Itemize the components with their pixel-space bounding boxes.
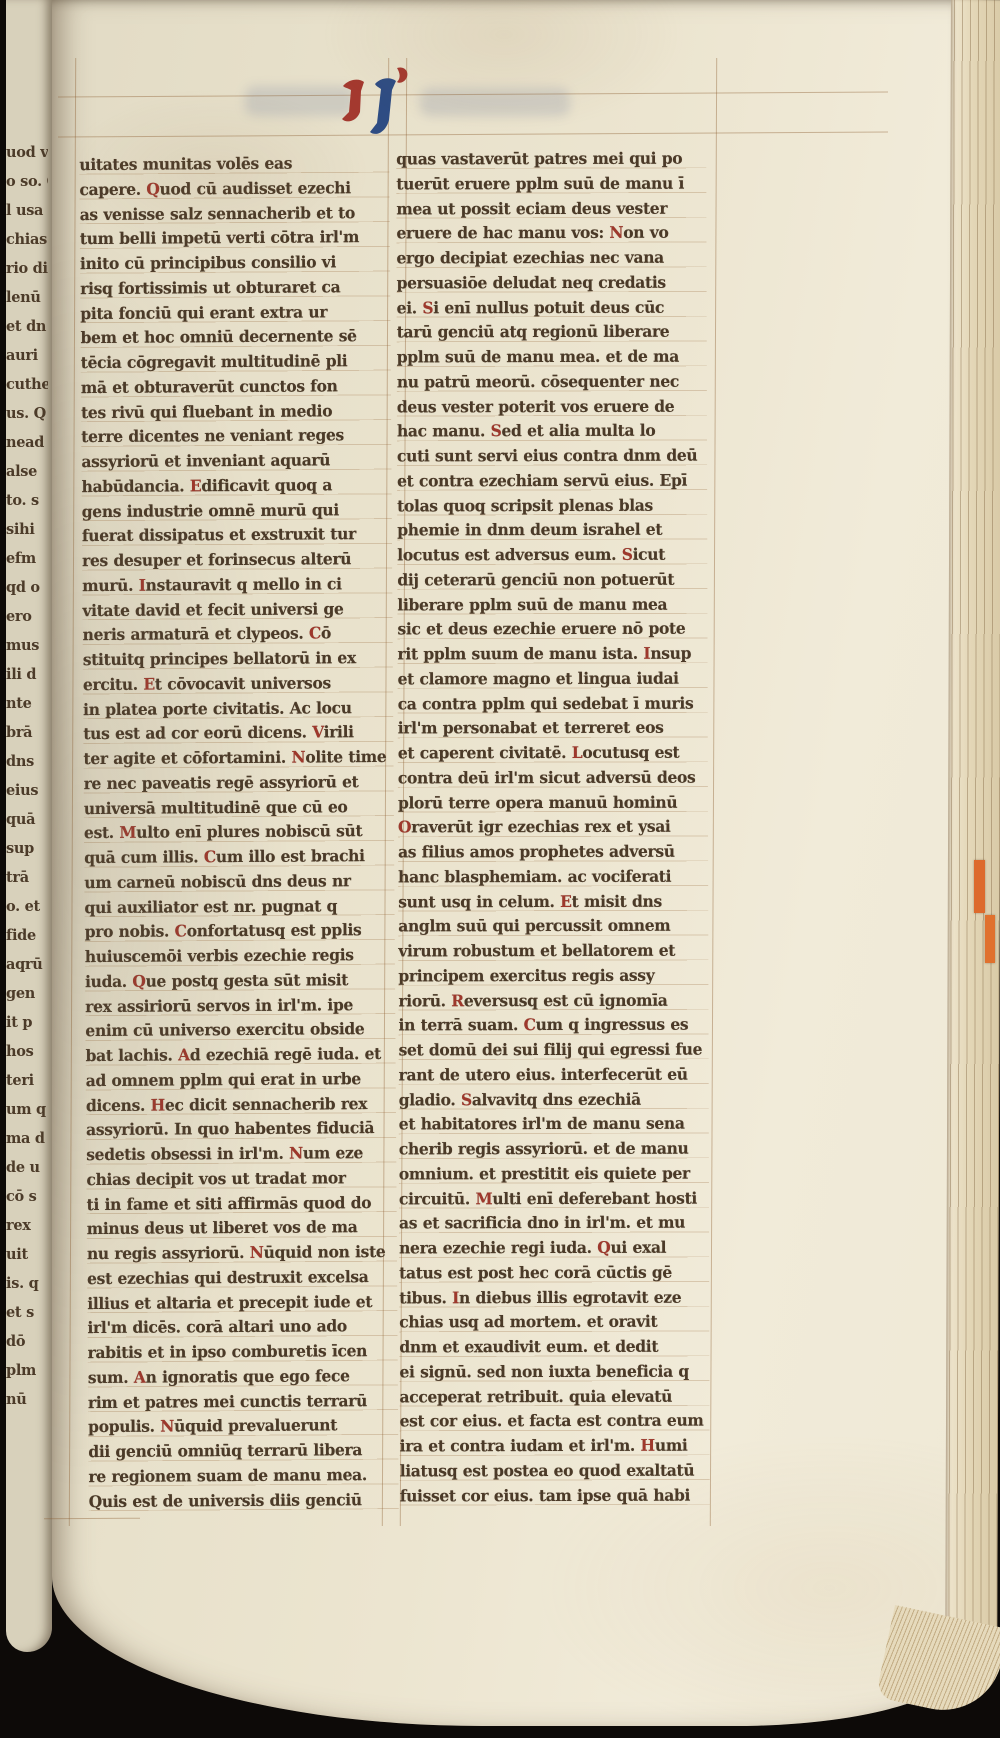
text-segment: um illo est brachi [216,846,365,866]
rubric-initial: S [461,1090,472,1109]
manuscript-text-line: omnium. et prestitit eis quiete per [399,1161,700,1187]
facing-page-edge: uod vero so. Gl usa eqchiasrio dilenūet … [6,0,52,1652]
manuscript-text-line: sic et deus ezechie eruere nō pote [397,617,698,643]
manuscript-page: uitates munitas volēs eascapere. Quod cū… [52,0,956,1726]
text-segment: tibus. [399,1288,452,1307]
facing-page-text-fragment: rio di [6,254,48,283]
manuscript-text-line: ad omnem pplm qui erat in urbe [86,1067,387,1094]
text-segment: ei. [397,298,423,317]
text-segment: est ezechias qui destruxit excelsa [87,1267,368,1288]
manuscript-text-line: rit pplm suum de manu ista. Insup [398,642,699,668]
manuscript-photo: uod vero so. Gl usa eqchiasrio dilenūet … [0,0,1000,1738]
text-segment: dnm et exaudivit eum. et dedit [399,1337,658,1357]
text-segment: alvavitq dns ezechiā [472,1089,641,1108]
facing-page-text-fragment: uod ver [6,138,48,167]
text-segment: n ignoratis que ego fece [145,1366,349,1386]
facing-page-text-fragment: auri [6,341,48,370]
manuscript-text-line: gens industrie omnē murū qui [82,497,383,524]
text-segment: fuerat dissipatus et exstruxit tur [82,524,356,545]
manuscript-text-line: ira et contra iudam et irl'm. Humi [400,1434,701,1460]
rubric-initial: N [291,748,305,767]
text-segment: est cor eius. et facta est contra eum [400,1411,704,1431]
manuscript-text-line: dicens. Hec dicit sennacherib rex [86,1091,387,1118]
rubric-initial: Q [597,1238,610,1257]
text-segment: nstauravit q mello in ci [146,574,342,594]
text-segment: onfortatusq est pplis [187,920,362,940]
text-segment: circuitū. [399,1189,476,1208]
manuscript-text-line: rabitis et in ipso comburetis īcen [88,1339,389,1366]
facing-page-text-fragment: cō s [6,1182,48,1211]
rubric-initial: O [398,818,411,837]
text-column-right: quas vastaverūt patres mei qui potuerūt … [396,147,710,1509]
facing-page-text-fragment: rex [6,1211,48,1240]
text-segment: pro nobis. [85,922,175,942]
text-segment: capere. [79,179,146,198]
text-segment: huiuscemōi verbis ezechie regis [85,945,354,966]
text-segment: sic et deus ezechie eruere nō pote [397,619,685,639]
manuscript-text-line: est cor eius. et facta est contra eum [400,1409,701,1435]
text-segment: tolas quoq scripsit plenas blas [397,495,653,515]
book-fore-edge [945,0,1000,1698]
facing-page-text-fragment: nte [6,689,48,718]
manuscript-text-line: minus deus ut liberet vos de ma [87,1215,388,1242]
text-segment: gladio. [399,1090,461,1109]
ruling-line-left-margin [69,58,76,1526]
manuscript-text-line: rim et patres mei cunctis terrarū [88,1388,389,1415]
facing-page-text-fragment: us. Q [6,399,48,428]
facing-page-text-fragment: ero [6,602,48,631]
text-segment: re regionem suam de manu mea. [88,1465,367,1486]
text-segment: rabitis et in ipso comburetis īcen [88,1341,368,1362]
manuscript-text-line: mea ut possit eciam deus vester [396,196,697,222]
manuscript-text-line: hanc blasphemiam. ac vociferati [398,864,699,890]
text-segment: rex assiriorū servos in irl'm. ipe [85,995,353,1016]
text-segment: dificavit quoq a [201,475,332,495]
text-segment: raverūt igr ezechias rex et ysai [411,817,670,837]
manuscript-text-line: inito cū principibus consilio vi [80,250,381,277]
manuscript-text-line: Oraverūt igr ezechias rex et ysai [398,815,699,841]
text-segment: Quis est de universis diis genciū [89,1490,362,1511]
rubric-initial: C [524,1015,536,1034]
facing-page-text-fragment: to. s [6,486,48,515]
text-segment: quas vastaverūt patres mei qui po [396,149,682,169]
rubric-initial: A [178,1045,190,1064]
text-segment: cuti sunt servi eius contra dnm deū [397,446,697,466]
rubric-initial: A [134,1367,146,1386]
text-segment: tum belli impetū verti cōtra irl'm [80,227,359,248]
manuscript-text-line: murū. Instauravit q mello in ci [82,572,383,599]
facing-page-text-fragment: de u [6,1153,48,1182]
ruling-line-header-bottom [58,131,888,137]
facing-page-text-fragment: lenū [6,283,48,312]
manuscript-text-line: dnm et exaudivit eum. et dedit [399,1335,700,1361]
rubric-initial: Q [132,971,145,990]
text-segment: hanc blasphemiam. ac vociferati [398,866,671,886]
header-numeral-blue-glyph [370,78,396,134]
rubric-initial: H [641,1436,655,1455]
text-segment: in terrā suam. [398,1015,523,1034]
facing-page-text-fragment: nū [6,1385,48,1414]
facing-page-text-fragment: ma d [6,1124,48,1153]
text-segment: dicens. [86,1095,151,1114]
manuscript-text-line: eruere de hac manu vos: Non vo [396,221,697,247]
rubric-initial: N [289,1144,303,1163]
manuscript-text-line: circuitū. Multi enī deferebant hosti [399,1186,700,1212]
text-segment: tarū genciū atq regionū liberare [397,322,670,342]
text-segment: enim cū universo exercitu obside [85,1019,364,1040]
manuscript-text-line: sum. An ignoratis que ego fece [88,1364,389,1391]
manuscript-text-line: est ezechias qui destruxit excelsa [87,1265,388,1292]
manuscript-text-line: uitates munitas volēs eas [79,151,380,178]
manuscript-text-line: re regionem suam de manu mea. [88,1463,389,1490]
facing-page-text-fragment: o so. G [6,167,48,196]
manuscript-text-line: tibus. In diebus illis egrotavit eze [399,1285,700,1311]
fore-edge-tab-orange-2 [985,915,995,963]
text-segment: vitate david et fecit universi ge [82,599,343,620]
text-segment: cherib regis assyriorū. et de manu [399,1139,689,1159]
text-segment: sum. [88,1367,134,1386]
text-segment: rit pplm suum de manu ista. [398,644,644,664]
rubric-initial: V [312,723,324,742]
text-segment: t misit dns [572,891,662,910]
manuscript-text-line: tus est ad cor eorū dicens. Virili [83,720,384,747]
text-segment: re nec paveatis regē assyriorū et [84,772,359,793]
text-segment: omnium. et prestitit eis quiete per [399,1163,690,1183]
manuscript-text-line: ti in fame et siti affirmās quod do [87,1190,388,1217]
manuscript-text-line: re nec paveatis regē assyriorū et [84,770,385,797]
facing-page-text-fragment: trā [6,863,48,892]
rubric-initial: L [572,743,583,762]
text-segment: rant de utero eius. interfecerūt eū [399,1064,688,1084]
text-segment: universā multitudinē que cū eo [84,797,348,818]
rubric-initial: C [204,847,216,866]
text-segment: ad omnem pplm qui erat in urbe [86,1069,361,1090]
manuscript-text-line: populis. Nūquid prevaluerunt [88,1413,389,1440]
text-segment: mea ut possit eciam deus vester [396,198,667,218]
text-segment: ed et alia multa lo [501,421,655,440]
text-segment: sunt usq in celum. [398,891,560,910]
manuscript-text-line: in terrā suam. Cum q ingressus es [398,1013,699,1039]
manuscript-text-line: pro nobis. Confortatusq est pplis [85,918,386,945]
manuscript-text-line: tarū genciū atq regionū liberare [397,320,698,346]
text-segment: tuerūt eruere pplm suū de manu ī [396,173,684,193]
manuscript-text-line: um carneū nobiscū dns deus nr [84,869,385,896]
manuscript-text-line: rant de utero eius. interfecerūt eū [399,1062,700,1088]
text-segment: tus est ad cor eorū dicens. [83,723,312,744]
manuscript-text-line: et contra ezechiam servū eius. Epī [397,468,698,494]
text-segment: ira et contra iudam et irl'm. [400,1436,641,1456]
text-segment: uitates munitas volēs eas [79,154,292,174]
manuscript-text-line: habūdancia. Edificavit quoq a [81,473,382,500]
manuscript-text-line: huiuscemōi verbis ezechie regis [85,943,386,970]
facing-page-text-fragment: plm [6,1356,48,1385]
text-segment: sedetis obsessi in irl'm. [86,1144,289,1164]
facing-page-text-fragment: efm [6,544,48,573]
text-segment: iuda. [85,971,132,990]
manuscript-text-line: dii genciū omniūq terrarū libera [88,1438,389,1465]
facing-page-text-fragment: um q [6,1095,48,1124]
text-segment: nera ezechie regi iuda. [399,1238,597,1258]
facing-page-text-fragment: aqrū [6,950,48,979]
manuscript-text-line: tatus est post hec corā cūctis gē [399,1260,700,1286]
manuscript-text-line: et habitatores irl'm de manu sena [399,1112,700,1138]
ink-bleedthrough-ghost [420,88,570,116]
text-segment: bem et hoc omniū decernente sē [80,326,356,347]
manuscript-text-line: nera ezechie regi iuda. Qui exal [399,1236,700,1262]
facing-page-text-fragment: alse [6,457,48,486]
text-segment: ō [321,624,331,643]
text-segment: assyriorū. In quo habentes fiduciā [86,1118,374,1139]
manuscript-text-line: res desuper et forinsecus alterū [82,547,383,574]
text-segment: ūquid prevaluerunt [174,1416,337,1436]
text-segment: nsup [650,644,691,663]
manuscript-text-line: acceperat retribuit. quia elevatū [399,1384,700,1410]
manuscript-text-line: persuasiōe deludat neq credatis [397,270,698,296]
text-segment: set domū dei sui filij qui egressi fue [399,1040,703,1060]
manuscript-text-line: assyriorū et inveniant aquarū [81,448,382,475]
text-segment: populis. [88,1417,160,1437]
text-segment: nu regis assyriorū. [87,1243,250,1263]
facing-page-text-fragment: ili d [6,660,48,689]
facing-page-text-fragment: et s [6,1298,48,1327]
rubric-initial: N [250,1243,264,1262]
rubric-initial: E [560,891,572,910]
text-segment: as venisse salz sennacherib et to [80,203,355,224]
text-segment: neris armaturā et clypeos. [83,624,310,645]
text-segment: ocutusq est [582,743,679,762]
manuscript-text-line: quā cum illis. Cum illo est brachi [84,844,385,871]
text-segment: um eze [303,1143,363,1162]
text-segment: riorū. [398,991,451,1010]
manuscript-text-line: illius et altaria et precepit iude et [87,1289,388,1316]
text-segment: pplm suū de manu mea. et de ma [397,347,679,367]
text-segment: dii genciū omniūq terrarū libera [88,1440,362,1461]
rubric-initial: N [160,1417,174,1436]
manuscript-text-line: vitate david et fecit universi ge [82,596,383,623]
manuscript-text-line: et caperent civitatē. Locutusq est [398,741,699,767]
rubric-initial: I [643,644,650,663]
rubric-initial: H [151,1095,165,1114]
text-segment: ue postq gesta sūt misit [146,970,349,990]
manuscript-text-line: tum belli impetū verti cōtra irl'm [80,225,381,252]
manuscript-text-line: quas vastaverūt patres mei qui po [396,147,697,173]
text-segment: liatusq est postea eo quod exaltatū [400,1460,695,1480]
manuscript-text-line: cherib regis assyriorū. et de manu [399,1137,700,1163]
text-segment: um carneū nobiscū dns deus nr [84,871,350,892]
facing-page-text-fragment: nead [6,428,48,457]
text-segment: stituitq principes bellatorū in ex [83,648,356,669]
text-segment: terre dicentes ne veniant reges [81,426,344,447]
manuscript-text-line: irl'm dicēs. corā altari uno ado [87,1314,388,1341]
manuscript-text-line: ei signū. sed non iuxta beneficia q [399,1359,700,1385]
rubric-initial: S [491,421,502,440]
manuscript-text-line: ter agite et cōfortamini. Nolite time [83,745,384,772]
text-segment: contra deū irl'm sicut adversū deos [398,767,696,787]
text-segment: et caperent civitatē. [398,743,572,762]
facing-page-text-fragment: fide [6,921,48,950]
manuscript-text-line: ergo decipiat ezechias nec vana [396,246,697,272]
facing-page-text-fragment: quā [6,805,48,834]
facing-page-fragments: uod vero so. Gl usa eqchiasrio dilenūet … [6,138,48,1414]
facing-page-text-fragment: dns [6,747,48,776]
text-segment: ei signū. sed non iuxta beneficia q [399,1361,688,1381]
manuscript-text-line: hac manu. Sed et alia multa lo [397,419,698,445]
facing-page-text-fragment: gen [6,979,48,1008]
text-segment: ulto enī plures nobiscū sūt [136,821,362,842]
manuscript-text-line: chias usq ad mortem. et oravit [399,1310,700,1336]
text-segment: ui exal [610,1238,666,1257]
text-segment: uod cū audisset ezechi [159,178,350,198]
text-segment: plorū terre opera manuū hominū [398,792,677,812]
text-segment: phemie in dnm deum israhel et [397,520,662,540]
manuscript-text-line: et clamore magno et lingua iudai [398,666,699,692]
manuscript-text-line: fuerat dissipatus et exstruxit tur [82,522,383,549]
text-segment: mā et obturaverūt cunctos fon [81,376,338,397]
facing-page-text-fragment: o. et [6,892,48,921]
manuscript-text-line: in platea porte civitatis. Ac locu [83,695,384,722]
facing-page-text-fragment: eius [6,776,48,805]
text-segment: ercitu. [83,674,144,693]
text-segment: fuisset cor eius. tam ipse quā habi [400,1485,690,1505]
text-segment: murū. [82,575,139,594]
facing-page-text-fragment: uit [6,1240,48,1269]
text-segment: ti in fame et siti affirmās quod do [87,1193,372,1214]
manuscript-text-line: as et sacrificia dno in irl'm. et mu [399,1211,700,1237]
text-segment: nu patrū meorū. cōsequenter nec [397,371,679,391]
text-segment: ūquid non iste [264,1242,386,1262]
manuscript-text-line: as filius amos prophetes adversū [398,840,699,866]
text-segment: inito cū principibus consilio vi [80,252,336,273]
text-segment: illius et altaria et precepit iude et [87,1292,372,1313]
manuscript-text-line: gladio. Salvavitq dns ezechiā [399,1087,700,1113]
manuscript-text-line: assyriorū. In quo habentes fiduciā [86,1116,387,1143]
header-numeral-flourish [397,68,407,83]
manuscript-text-line: liberare pplm suū de manu mea [397,592,698,618]
manuscript-text-line: liatusq est postea eo quod exaltatū [400,1458,701,1484]
facing-page-text-fragment: et dn [6,312,48,341]
rubric-initial: S [622,545,633,564]
text-segment: chias usq ad mortem. et oravit [399,1312,657,1332]
text-segment: ter agite et cōfortamini. [83,748,291,768]
text-segment: rim et patres mei cunctis terrarū [88,1391,367,1412]
text-segment: icut [633,545,665,564]
manuscript-text-line: qui auxiliator est nr. pugnat q [84,893,385,920]
facing-page-text-fragment: it p [6,1008,48,1037]
rubric-initial: N [609,223,623,242]
manuscript-text-line: ercitu. Et cōvocavit universos [83,671,384,698]
manuscript-text-line: tes rivū qui fluebant in medio [81,398,382,425]
ruling-line-bottom [44,1518,140,1520]
text-segment: habūdancia. [82,476,190,496]
manuscript-text-line: locutus est adversus eum. Sicut [397,543,698,569]
manuscript-text-line: plorū terre opera manuū hominū [398,790,699,816]
manuscript-text-line: as venisse salz sennacherib et to [80,200,381,227]
facing-page-text-fragment: chias [6,225,48,254]
facing-page-text-fragment: brā [6,718,48,747]
manuscript-text-line: pplm suū de manu mea. et de ma [397,345,698,371]
text-segment: quā cum illis. [84,847,204,867]
manuscript-text-line: mā et obturaverūt cunctos fon [81,374,382,401]
facing-page-text-fragment: dō [6,1327,48,1356]
text-segment: et habitatores irl'm de manu sena [399,1114,685,1134]
text-segment: chias decipit vos ut tradat mor [86,1168,345,1189]
text-segment: tes rivū qui fluebant in medio [81,401,332,422]
text-segment: irl'm personabat et terreret eos [398,718,664,738]
manuscript-text-line: ei. Si enī nullus potuit deus cūc [397,295,698,321]
manuscript-text-line: nu regis assyriorū. Nūquid non iste [87,1240,388,1267]
running-header-numeral [335,64,419,142]
facing-page-text-fragment: sup [6,834,48,863]
manuscript-text-line: dij ceterarū genciū non potuerūt [397,567,698,593]
manuscript-text-line: universā multitudinē que cū eo [84,794,385,821]
rubric-initial: I [452,1288,459,1307]
manuscript-text-line: deus vester poterit vos eruere de [397,394,698,420]
manuscript-text-line: set domū dei sui filij qui egressi fue [399,1038,700,1064]
manuscript-text-line: iuda. Que postq gesta sūt misit [85,968,386,995]
text-column-left: uitates munitas volēs eascapere. Quod cū… [79,151,398,1514]
facing-page-text-fragment: cuthe [6,370,48,399]
header-numeral-red-glyph [342,80,364,122]
text-segment: t cōvocavit universos [155,673,331,693]
manuscript-text-line: irl'm personabat et terreret eos [398,716,699,742]
text-segment: acceperat retribuit. quia elevatū [399,1386,672,1406]
text-segment: res desuper et forinsecus alterū [82,549,351,570]
text-segment: tatus est post hec corā cūctis gē [399,1262,672,1282]
text-segment: in platea porte civitatis. Ac locu [83,698,352,719]
text-segment: tēcia cōgregavit multitudinē pli [81,351,348,372]
manuscript-text-line: tuerūt eruere pplm suū de manu ī [396,171,697,197]
rubric-initial: M [475,1189,492,1208]
manuscript-text-line: pita fonciū qui erant extra ur [80,299,381,326]
text-segment: i enī nullus potuit deus cūc [433,297,664,317]
manuscript-text-line: anglm suū qui percussit omnem [398,914,699,940]
text-segment: assyriorū et inveniant aquarū [81,450,330,471]
text-segment: dij ceterarū genciū non potuerūt [397,569,674,589]
rubric-initial: M [119,823,136,842]
manuscript-text-line: riorū. Reversusq est cū ignomīa [398,988,699,1014]
text-segment: est. [84,823,120,842]
text-segment: as filius amos prophetes adversū [398,842,675,862]
facing-page-text-fragment: sihi [6,515,48,544]
manuscript-text-line: principem exercitus regis assy [398,963,699,989]
facing-page-text-fragment: qd o [6,573,48,602]
manuscript-text-line: fuisset cor eius. tam ipse quā habi [400,1483,701,1509]
manuscript-text-line: sunt usq in celum. Et misit dns [398,889,699,915]
manuscript-text-line: est. Multo enī plures nobiscū sūt [84,819,385,846]
text-segment: olite time [305,747,386,767]
text-segment: eruere de hac manu vos: [396,223,609,243]
text-segment: principem exercitus regis assy [398,965,654,985]
text-segment: gens industrie omnē murū qui [82,500,339,521]
text-segment: locutus est adversus eum. [397,545,621,565]
manuscript-text-line: tēcia cōgregavit multitudinē pli [81,349,382,376]
rubric-initial: E [143,674,155,693]
manuscript-text-line: bat lachis. Ad ezechiā regē iuda. et [85,1042,386,1069]
rubric-initial: Q [146,179,159,198]
header-numeral-art [335,64,419,142]
manuscript-text-line: rex assiriorū servos in irl'm. ipe [85,992,386,1019]
text-segment: as et sacrificia dno in irl'm. et mu [399,1213,685,1233]
text-segment: umi [655,1436,688,1455]
facing-page-text-fragment: mus [6,631,48,660]
text-segment: pita fonciū qui erant extra ur [80,302,327,323]
text-segment: virum robustum et bellatorem et [398,941,675,961]
text-segment: bat lachis. [85,1045,178,1065]
text-segment: risq fortissimis ut obturaret ca [80,277,340,298]
text-segment: et clamore magno et lingua iudai [398,668,679,688]
manuscript-text-line: nu patrū meorū. cōsequenter nec [397,369,698,395]
rubric-initial: E [190,476,202,495]
